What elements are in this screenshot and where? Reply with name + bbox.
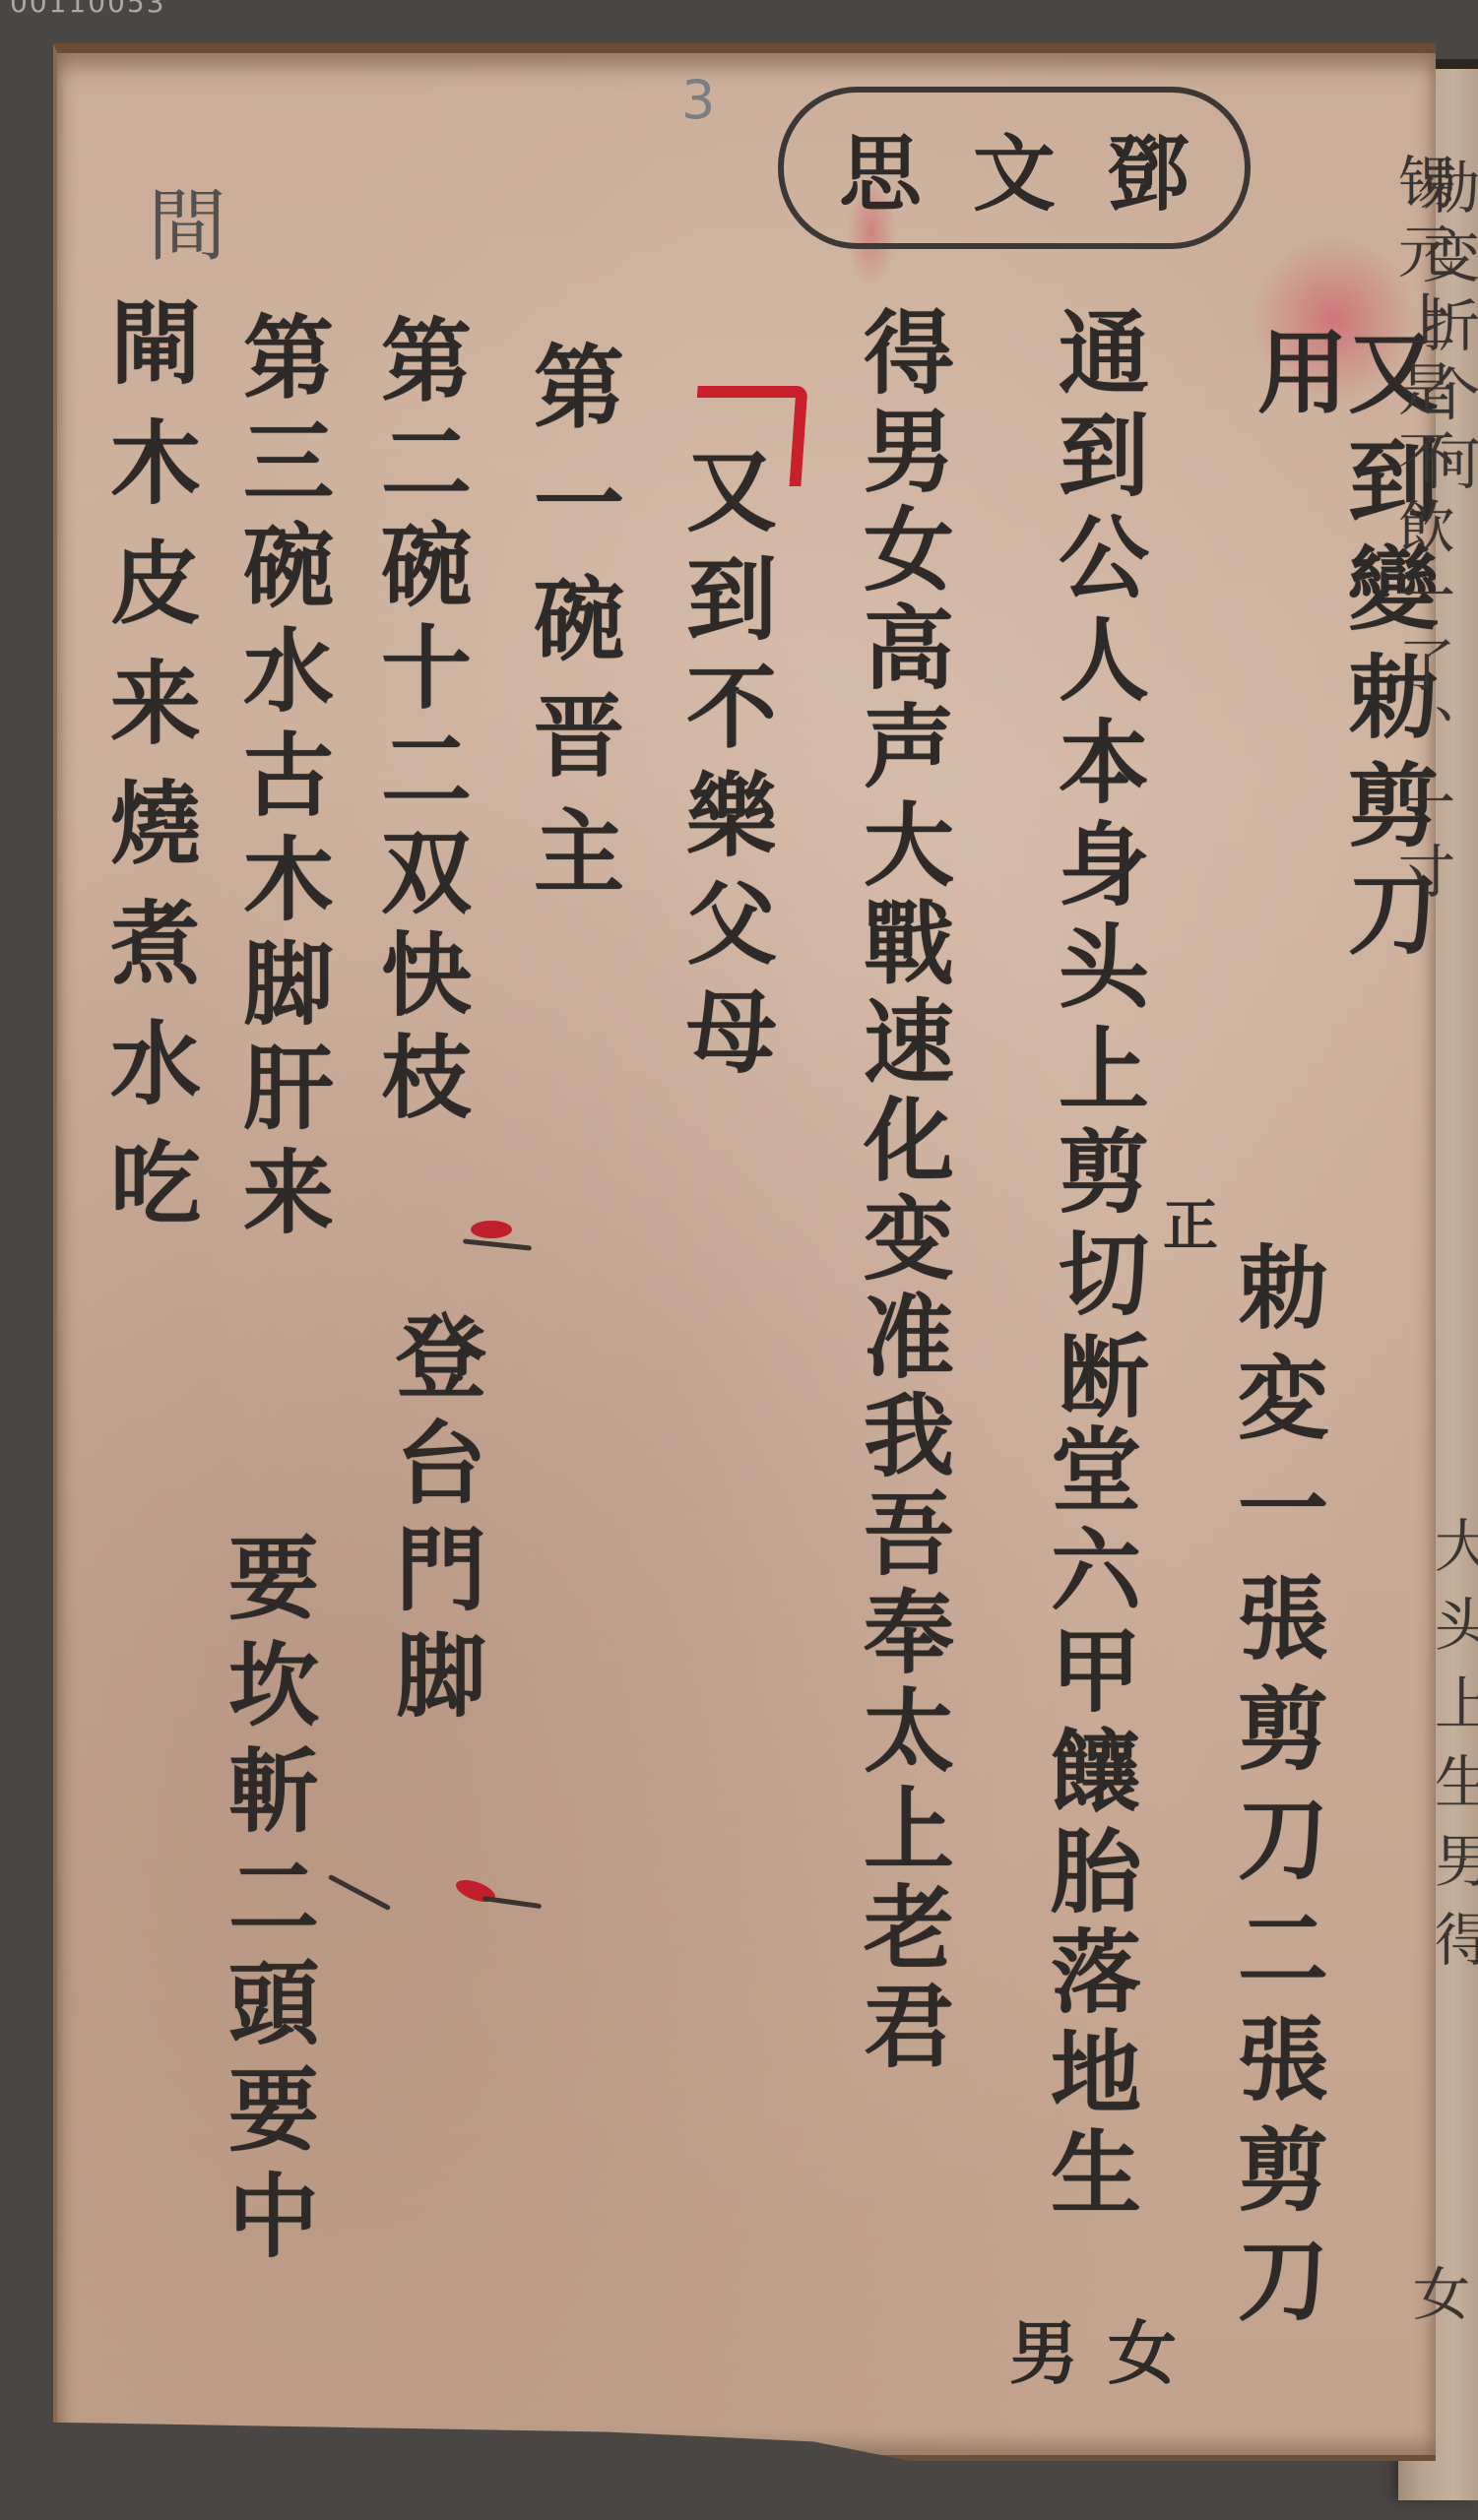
text-column-9: 閘木皮来燒煮水吃 (103, 295, 194, 1427)
title-cartouche: 鄧 文 思 (778, 87, 1251, 249)
facing-text-col-b: 锡元上是不飲一了、一寸 (1393, 153, 1450, 1235)
text-column-7-continued: 登台門脚 (389, 1309, 480, 1860)
text-column-5: 又到不樂父母 (679, 443, 770, 1132)
text-column-3-side-note: 正 (1147, 1196, 1226, 1251)
facing-text-col-c: 大头上生男得 (1430, 1516, 1478, 2500)
text-column-6: 第一碗晋主 (527, 340, 617, 930)
red-mark-1 (471, 1221, 512, 1238)
text-column-3: 通到公人本身头上剪切断 (1052, 305, 1142, 1437)
title-char-1: 鄧 (1107, 108, 1189, 227)
title-char-3: 思 (839, 108, 922, 227)
text-column-4: 得男女高声大戰速化变准我吾奉太上老君 (857, 305, 947, 2175)
text-column-8: 第三碗水古木脚肝来 (236, 310, 327, 1442)
page-number: 3 (681, 69, 715, 131)
title-char-2: 文 (973, 108, 1056, 227)
scan-id-label: 00110053 (10, 0, 166, 19)
text-column-2: 勅変一張剪刀二張剪刀 (1231, 1240, 1321, 2372)
text-column-3-continued: 堂六甲饟胎落地生 (1044, 1422, 1134, 2308)
text-column-8-continued: 要坎斬二頭要中 (222, 1531, 312, 2397)
text-column-3-end: 男女 (1009, 2299, 1206, 2398)
text-column-7: 第二碗十二双快枝 (374, 313, 465, 1199)
margin-character: 間 (148, 162, 226, 276)
facing-text-col-d: 女 (1408, 2264, 1465, 2353)
